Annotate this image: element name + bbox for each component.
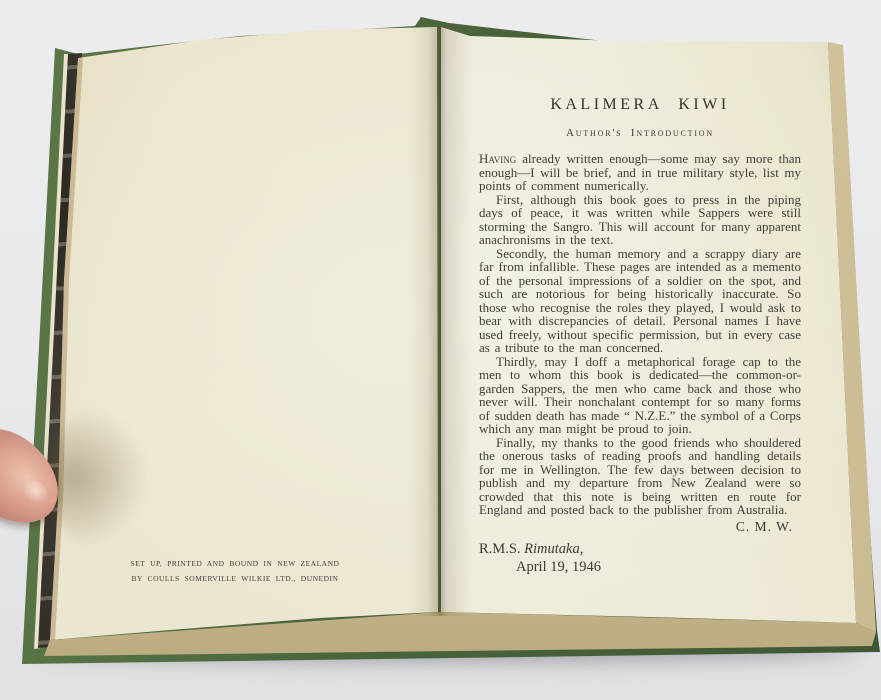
paragraph-secondly: Secondly, the human memory and a scrappy… <box>479 247 801 355</box>
book-gutter-shadow <box>408 26 472 616</box>
ship-line: R.M.S. Rimutaka, <box>479 541 801 558</box>
author-initials: C. M. W. <box>479 519 801 535</box>
printer-imprint-line1: SET UP, PRINTED AND BOUND IN NEW ZEALAND <box>118 556 352 571</box>
paragraph-first: First, although this book goes to press … <box>479 193 801 247</box>
paragraph-opening: Having already written enough—some may s… <box>479 152 801 193</box>
book-title: KALIMERA KIWI <box>479 97 801 113</box>
section-heading: Author's Introduction <box>479 128 801 139</box>
date-line: April 19, 1946 <box>479 559 801 576</box>
paragraph-thirdly: Thirdly, may I doff a metaphorical forag… <box>479 355 801 436</box>
printer-imprint: SET UP, PRINTED AND BOUND IN NEW ZEALAND… <box>118 556 352 586</box>
printer-imprint-line2: BY COULLS SOMERVILLE WILKIE LTD., DUNEDI… <box>118 571 352 586</box>
right-page-text: KALIMERA KIWI Author's Introduction Havi… <box>479 97 801 576</box>
thumb-shadow <box>46 408 146 548</box>
paragraph-finally: Finally, my thanks to the good friends w… <box>479 436 801 517</box>
introduction-body: Having already written enough—some may s… <box>479 152 801 517</box>
ship-prefix: R.M.S. <box>479 541 524 557</box>
book-photograph: SET UP, PRINTED AND BOUND IN NEW ZEALAND… <box>0 0 881 700</box>
opening-rest: already written enough—some may say more… <box>479 151 801 193</box>
ship-name: Rimutaka, <box>524 541 583 557</box>
